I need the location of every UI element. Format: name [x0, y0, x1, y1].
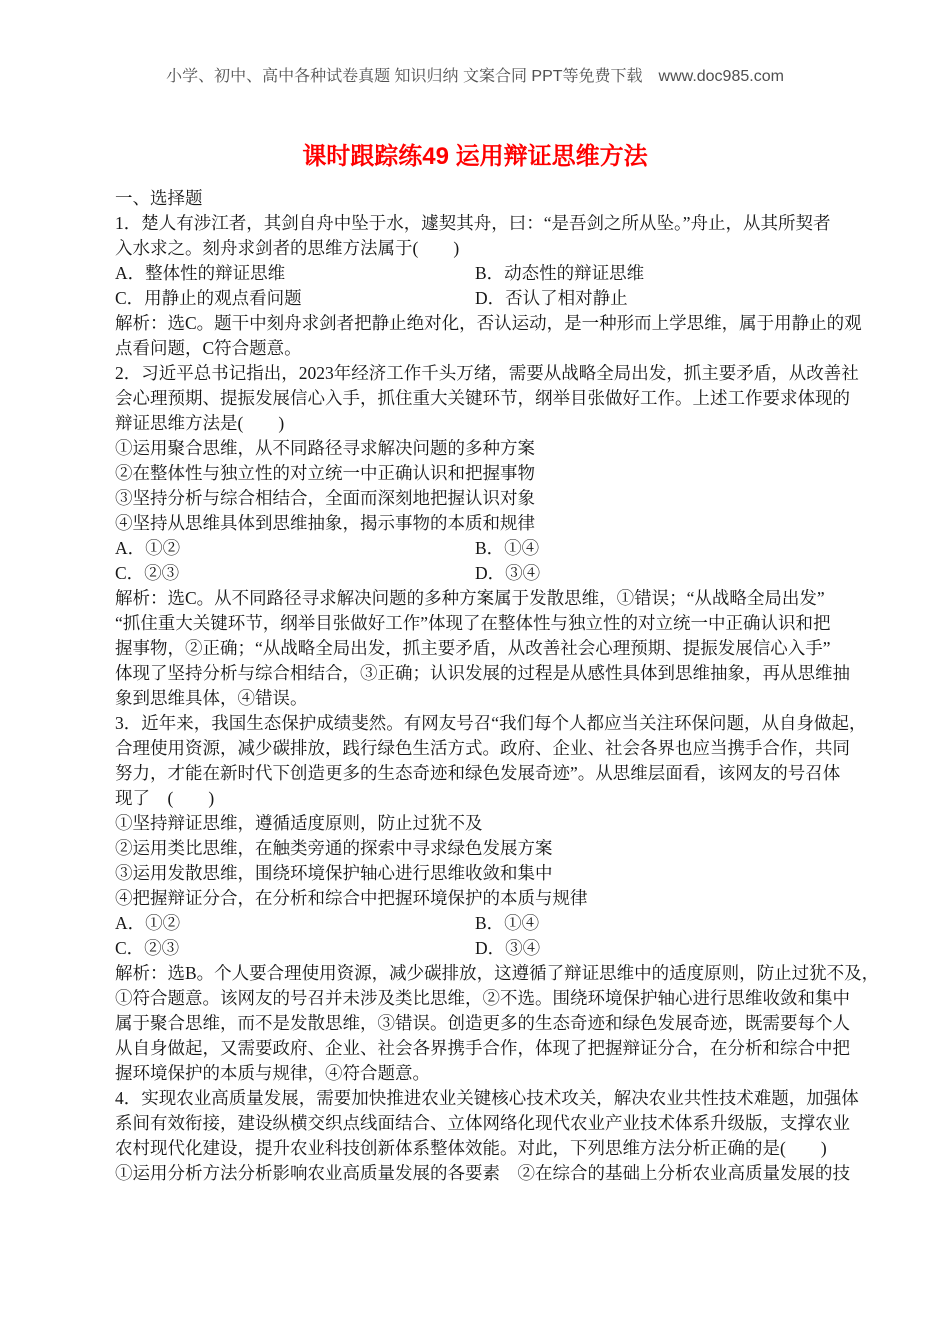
- document-body: 一、选择题 1．楚人有涉江者，其剑自舟中坠于水，遽契其舟，曰：“是吾剑之所从坠。…: [115, 186, 855, 1186]
- question-3-choice-line: ③运用发散思维，围绕环境保护轴心进行思维收敛和集中: [115, 861, 855, 886]
- question-2-analysis-line: “抓住重大关键环节，纲举目张做好工作”体现了在整体性与独立性的对立统一中正确认识…: [115, 611, 855, 636]
- option-label-right: B．①④: [475, 911, 539, 936]
- question-3-choice-line: ②运用类比思维，在触类旁通的探索中寻求绿色发展方案: [115, 836, 855, 861]
- option-label-left: A．整体性的辩证思维: [115, 261, 475, 286]
- section-heading: 一、选择题: [115, 186, 855, 211]
- header-promo-text: 小学、初中、高中各种试卷真题 知识归纳 文案合同 PPT等免费下载: [166, 68, 642, 85]
- question-3-stem-line: 合理使用资源，减少碳排放，践行绿色生活方式。政府、企业、社会各界也应当携手合作，…: [115, 736, 855, 761]
- question-1-stem-line: 入水求之。刻舟求剑者的思维方法属于( ): [115, 236, 855, 261]
- question-1-analysis-line: 点看问题，C符合题意。: [115, 336, 855, 361]
- option-label-right: D．否认了相对静止: [475, 286, 628, 311]
- question-2-analysis-line: 握事物，②正确；“从战略全局出发，抓主要矛盾，从改善社会心理预期、提振发展信心入…: [115, 636, 855, 661]
- question-2-stem-line: 2．习近平总书记指出，2023年经济工作千头万绪，需要从战略全局出发，抓主要矛盾…: [115, 361, 855, 386]
- option-label-right: B．动态性的辩证思维: [475, 261, 644, 286]
- site-watermark-header: 小学、初中、高中各种试卷真题 知识归纳 文案合同 PPT等免费下载www.doc…: [0, 67, 950, 87]
- question-4-stem-line: 农村现代化建设，提升农业科技创新体系整体效能。对此，下列思维方法分析正确的是( …: [115, 1136, 855, 1161]
- question-1-option-row: C．用静止的观点看问题D．否认了相对静止: [115, 286, 855, 311]
- question-1-stem-line: 1．楚人有涉江者，其剑自舟中坠于水，遽契其舟，曰：“是吾剑之所从坠。”舟止，从其…: [115, 211, 855, 236]
- option-label-left: C．②③: [115, 561, 475, 586]
- question-2-choice-line: ④坚持从思维具体到思维抽象，揭示事物的本质和规律: [115, 511, 855, 536]
- question-2-option-row: C．②③D．③④: [115, 561, 855, 586]
- question-2-stem-line: 辩证思维方法是( ): [115, 411, 855, 436]
- question-3-stem-line: 努力，才能在新时代下创造更多的生态奇迹和绿色发展奇迹”。从思维层面看，该网友的号…: [115, 761, 855, 786]
- question-4-choice-line: ①运用分析方法分析影响农业高质量发展的各要素 ②在综合的基础上分析农业高质量发展…: [115, 1161, 855, 1186]
- question-2-choice-line: ②在整体性与独立性的对立统一中正确认识和把握事物: [115, 461, 855, 486]
- question-2-stem-line: 会心理预期、提振发展信心入手，抓住重大关键环节，纲举目张做好工作。上述工作要求体…: [115, 386, 855, 411]
- question-3-stem-line: 现了 ( ): [115, 786, 855, 811]
- option-label-left: C．②③: [115, 936, 475, 961]
- option-label-right: B．①④: [475, 536, 539, 561]
- document-page: 小学、初中、高中各种试卷真题 知识归纳 文案合同 PPT等免费下载www.doc…: [0, 0, 950, 1344]
- question-3-stem-line: 3．近年来，我国生态保护成绩斐然。有网友号召“我们每个人都应当关注环保问题，从自…: [115, 711, 855, 736]
- question-3-option-row: C．②③D．③④: [115, 936, 855, 961]
- option-label-left: A．①②: [115, 911, 475, 936]
- question-3-analysis-line: ①符合题意。该网友的号召并未涉及类比思维，②不选。围绕环境保护轴心进行思维收敛和…: [115, 986, 855, 1011]
- question-2-analysis-line: 解析：选C。从不同路径寻求解决问题的多种方案属于发散思维，①错误；“从战略全局出…: [115, 586, 855, 611]
- option-label-left: C．用静止的观点看问题: [115, 286, 475, 311]
- question-3-analysis-line: 从自身做起，又需要政府、企业、社会各界携手合作，体现了把握辩证分合，在分析和综合…: [115, 1036, 855, 1061]
- question-2-analysis-line: 象到思维具体，④错误。: [115, 686, 855, 711]
- question-2-choice-line: ③坚持分析与综合相结合，全面而深刻地把握认识对象: [115, 486, 855, 511]
- question-3-choice-line: ④把握辩证分合，在分析和综合中把握环境保护的本质与规律: [115, 886, 855, 911]
- question-2-option-row: A．①②B．①④: [115, 536, 855, 561]
- question-3-analysis-line: 握环境保护的本质与规律，④符合题意。: [115, 1061, 855, 1086]
- question-4-stem-line: 4．实现农业高质量发展，需要加快推进农业关键核心技术攻关，解决农业共性技术难题，…: [115, 1086, 855, 1111]
- option-label-right: D．③④: [475, 936, 540, 961]
- question-1-analysis-line: 解析：选C。题干中刻舟求剑者把静止绝对化，否认运动，是一种形而上学思维，属于用静…: [115, 311, 855, 336]
- question-2-analysis-line: 体现了坚持分析与综合相结合，③正确；认识发展的过程是从感性具体到思维抽象，再从思…: [115, 661, 855, 686]
- site-url-text: www.doc985.com: [659, 68, 784, 85]
- question-3-option-row: A．①②B．①④: [115, 911, 855, 936]
- question-4-stem-line: 系间有效衔接，建设纵横交织点线面结合、立体网络化现代农业产业技术体系升级版，支撑…: [115, 1111, 855, 1136]
- question-3-analysis-line: 属于聚合思维，而不是发散思维，③错误。创造更多的生态奇迹和绿色发展奇迹，既需要每…: [115, 1011, 855, 1036]
- option-label-right: D．③④: [475, 561, 540, 586]
- question-1-option-row: A．整体性的辩证思维B．动态性的辩证思维: [115, 261, 855, 286]
- option-label-left: A．①②: [115, 536, 475, 561]
- question-3-choice-line: ①坚持辩证思维，遵循适度原则，防止过犹不及: [115, 811, 855, 836]
- question-2-choice-line: ①运用聚合思维，从不同路径寻求解决问题的多种方案: [115, 436, 855, 461]
- question-3-analysis-line: 解析：选B。个人要合理使用资源，减少碳排放，这遵循了辩证思维中的适度原则，防止过…: [115, 961, 855, 986]
- page-title: 课时跟踪练49 运用辩证思维方法: [0, 143, 950, 171]
